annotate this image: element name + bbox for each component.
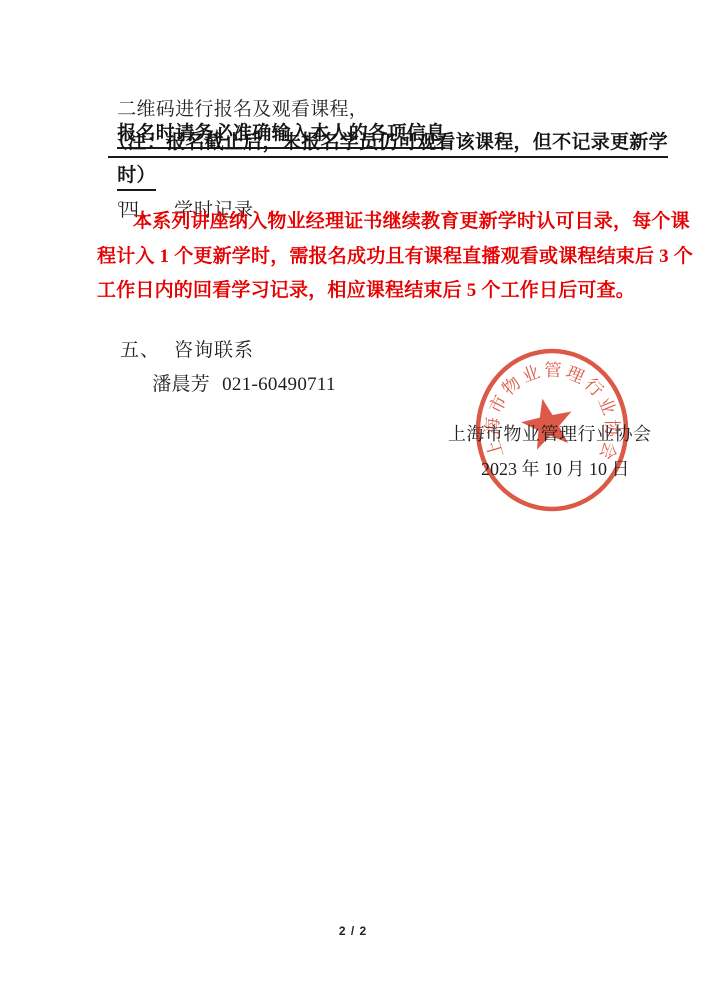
intro-line-2-bold: （注：报名截止后，未报名学员仍可观看该课程，但不记录更新学	[108, 132, 668, 158]
document-page: 二维码进行报名及观看课程， 报名时请务必准确输入本人的各项信息 （注：报名截止后…	[0, 0, 706, 1000]
svg-text:上海市物业管理行业协会: 上海市物业管理行业协会	[481, 360, 622, 466]
section4-red-line-3: 工作日内的回看学习记录，相应课程结束后 5 个工作日后可查。	[97, 279, 635, 303]
section4-red-line-1: 本系列讲座纳入物业经理证书继续教育更新学时认可目录，每个课	[133, 210, 690, 234]
contact-phone: 021-60490711	[222, 374, 336, 395]
contact-name: 潘晨芳	[152, 374, 210, 395]
page-number: 2 / 2	[0, 924, 706, 938]
signature-organization: 上海市物业管理行业协会	[448, 420, 652, 446]
intro-line-2: （注：报名截止后，未报名学员仍可观看该课程，但不记录更新学	[88, 107, 668, 179]
contact-line: 潘晨芳021-60490711	[132, 349, 336, 421]
signature-date: 2023 年 10 月 10 日	[481, 455, 630, 481]
seal-arc-text: 上海市物业管理行业协会	[481, 360, 622, 466]
section4-red-line-2: 程计入 1 个更新学时，需报名成功且有课程直播观看或课程结束后 3 个	[97, 245, 693, 269]
